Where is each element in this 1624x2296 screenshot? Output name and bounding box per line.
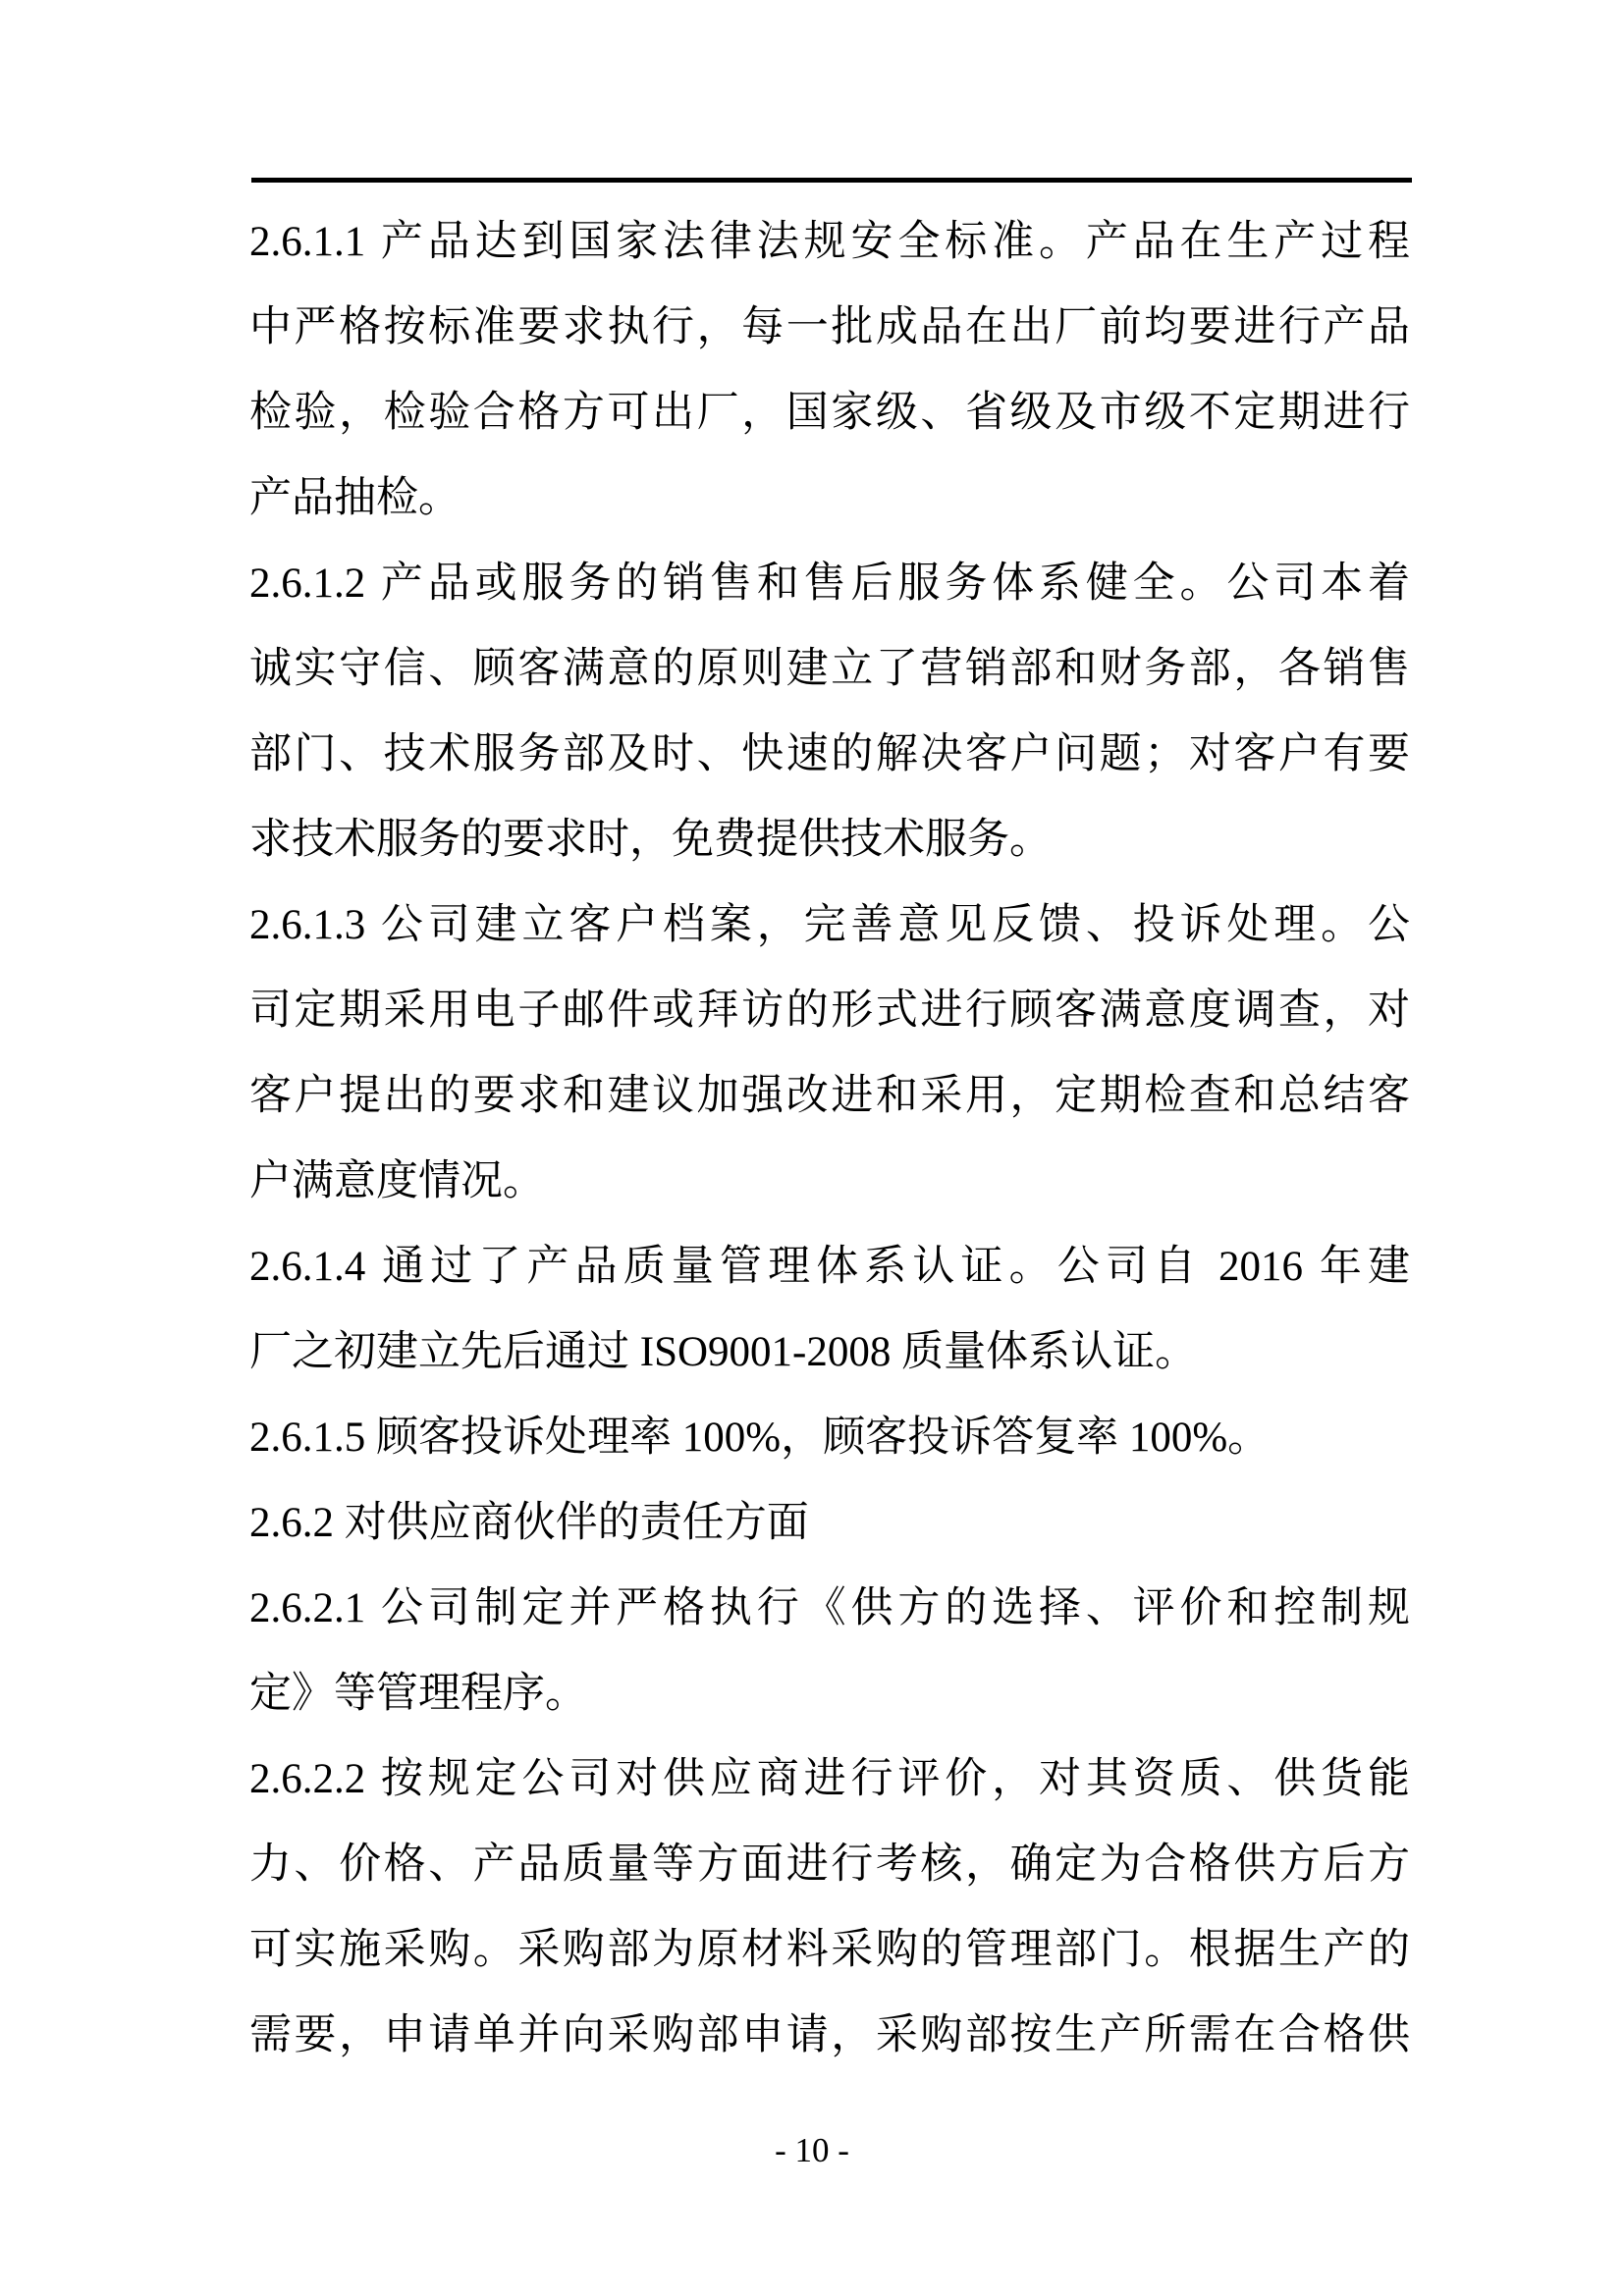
document-body: 2.6.1.1 产品达到国家法律法规安全标准。产品在生产过程 中严格按标准要求执… [249, 199, 1410, 2078]
text-line: 2.6.2.2 按规定公司对供应商进行评价，对其资质、供货能 [249, 1736, 1410, 1822]
text-line: 2.6.1.2 产品或服务的销售和售后服务体系健全。公司本着 [249, 541, 1410, 626]
text-line: 需要，申请单并向采购部申请，采购部按生产所需在合格供 [249, 1993, 1410, 2078]
text-line: 求技术服务的要求时，免费提供技术服务。 [249, 797, 1410, 882]
header-divider [251, 178, 1412, 183]
document-page: 2.6.1.1 产品达到国家法律法规安全标准。产品在生产过程 中严格按标准要求执… [0, 0, 1624, 2296]
text-line: 诚实守信、顾客满意的原则建立了营销部和财务部，各销售 [249, 626, 1410, 712]
page-number: - 10 - [0, 2128, 1624, 2172]
text-line: 部门、技术服务部及时、快速的解决客户问题；对客户有要 [249, 712, 1410, 797]
text-line: 2.6.1.5 顾客投诉处理率 100%，顾客投诉答复率 100%。 [249, 1395, 1410, 1480]
text-line: 2.6.1.1 产品达到国家法律法规安全标准。产品在生产过程 [249, 199, 1410, 285]
text-line: 定》等管理程序。 [249, 1651, 1410, 1736]
text-line: 司定期采用电子邮件或拜访的形式进行顾客满意度调查，对 [249, 968, 1410, 1053]
text-line: 2.6.2 对供应商伙伴的责任方面 [249, 1480, 1410, 1566]
text-line: 2.6.1.3 公司建立客户档案，完善意见反馈、投诉处理。公 [249, 882, 1410, 968]
text-line: 客户提出的要求和建议加强改进和采用，定期检查和总结客 [249, 1053, 1410, 1139]
text-line: 2.6.1.4 通过了产品质量管理体系认证。公司自 2016 年建 [249, 1224, 1410, 1309]
text-line: 力、价格、产品质量等方面进行考核，确定为合格供方后方 [249, 1822, 1410, 1907]
text-line: 户满意度情况。 [249, 1139, 1410, 1224]
text-line: 可实施采购。采购部为原材料采购的管理部门。根据生产的 [249, 1907, 1410, 1993]
text-line: 中严格按标准要求执行，每一批成品在出厂前均要进行产品 [249, 285, 1410, 370]
text-line: 检验，检验合格方可出厂，国家级、省级及市级不定期进行 [249, 370, 1410, 455]
text-line: 产品抽检。 [249, 455, 1410, 541]
text-line: 厂之初建立先后通过 ISO9001-2008 质量体系认证。 [249, 1309, 1410, 1395]
text-line: 2.6.2.1 公司制定并严格执行《供方的选择、评价和控制规 [249, 1566, 1410, 1651]
